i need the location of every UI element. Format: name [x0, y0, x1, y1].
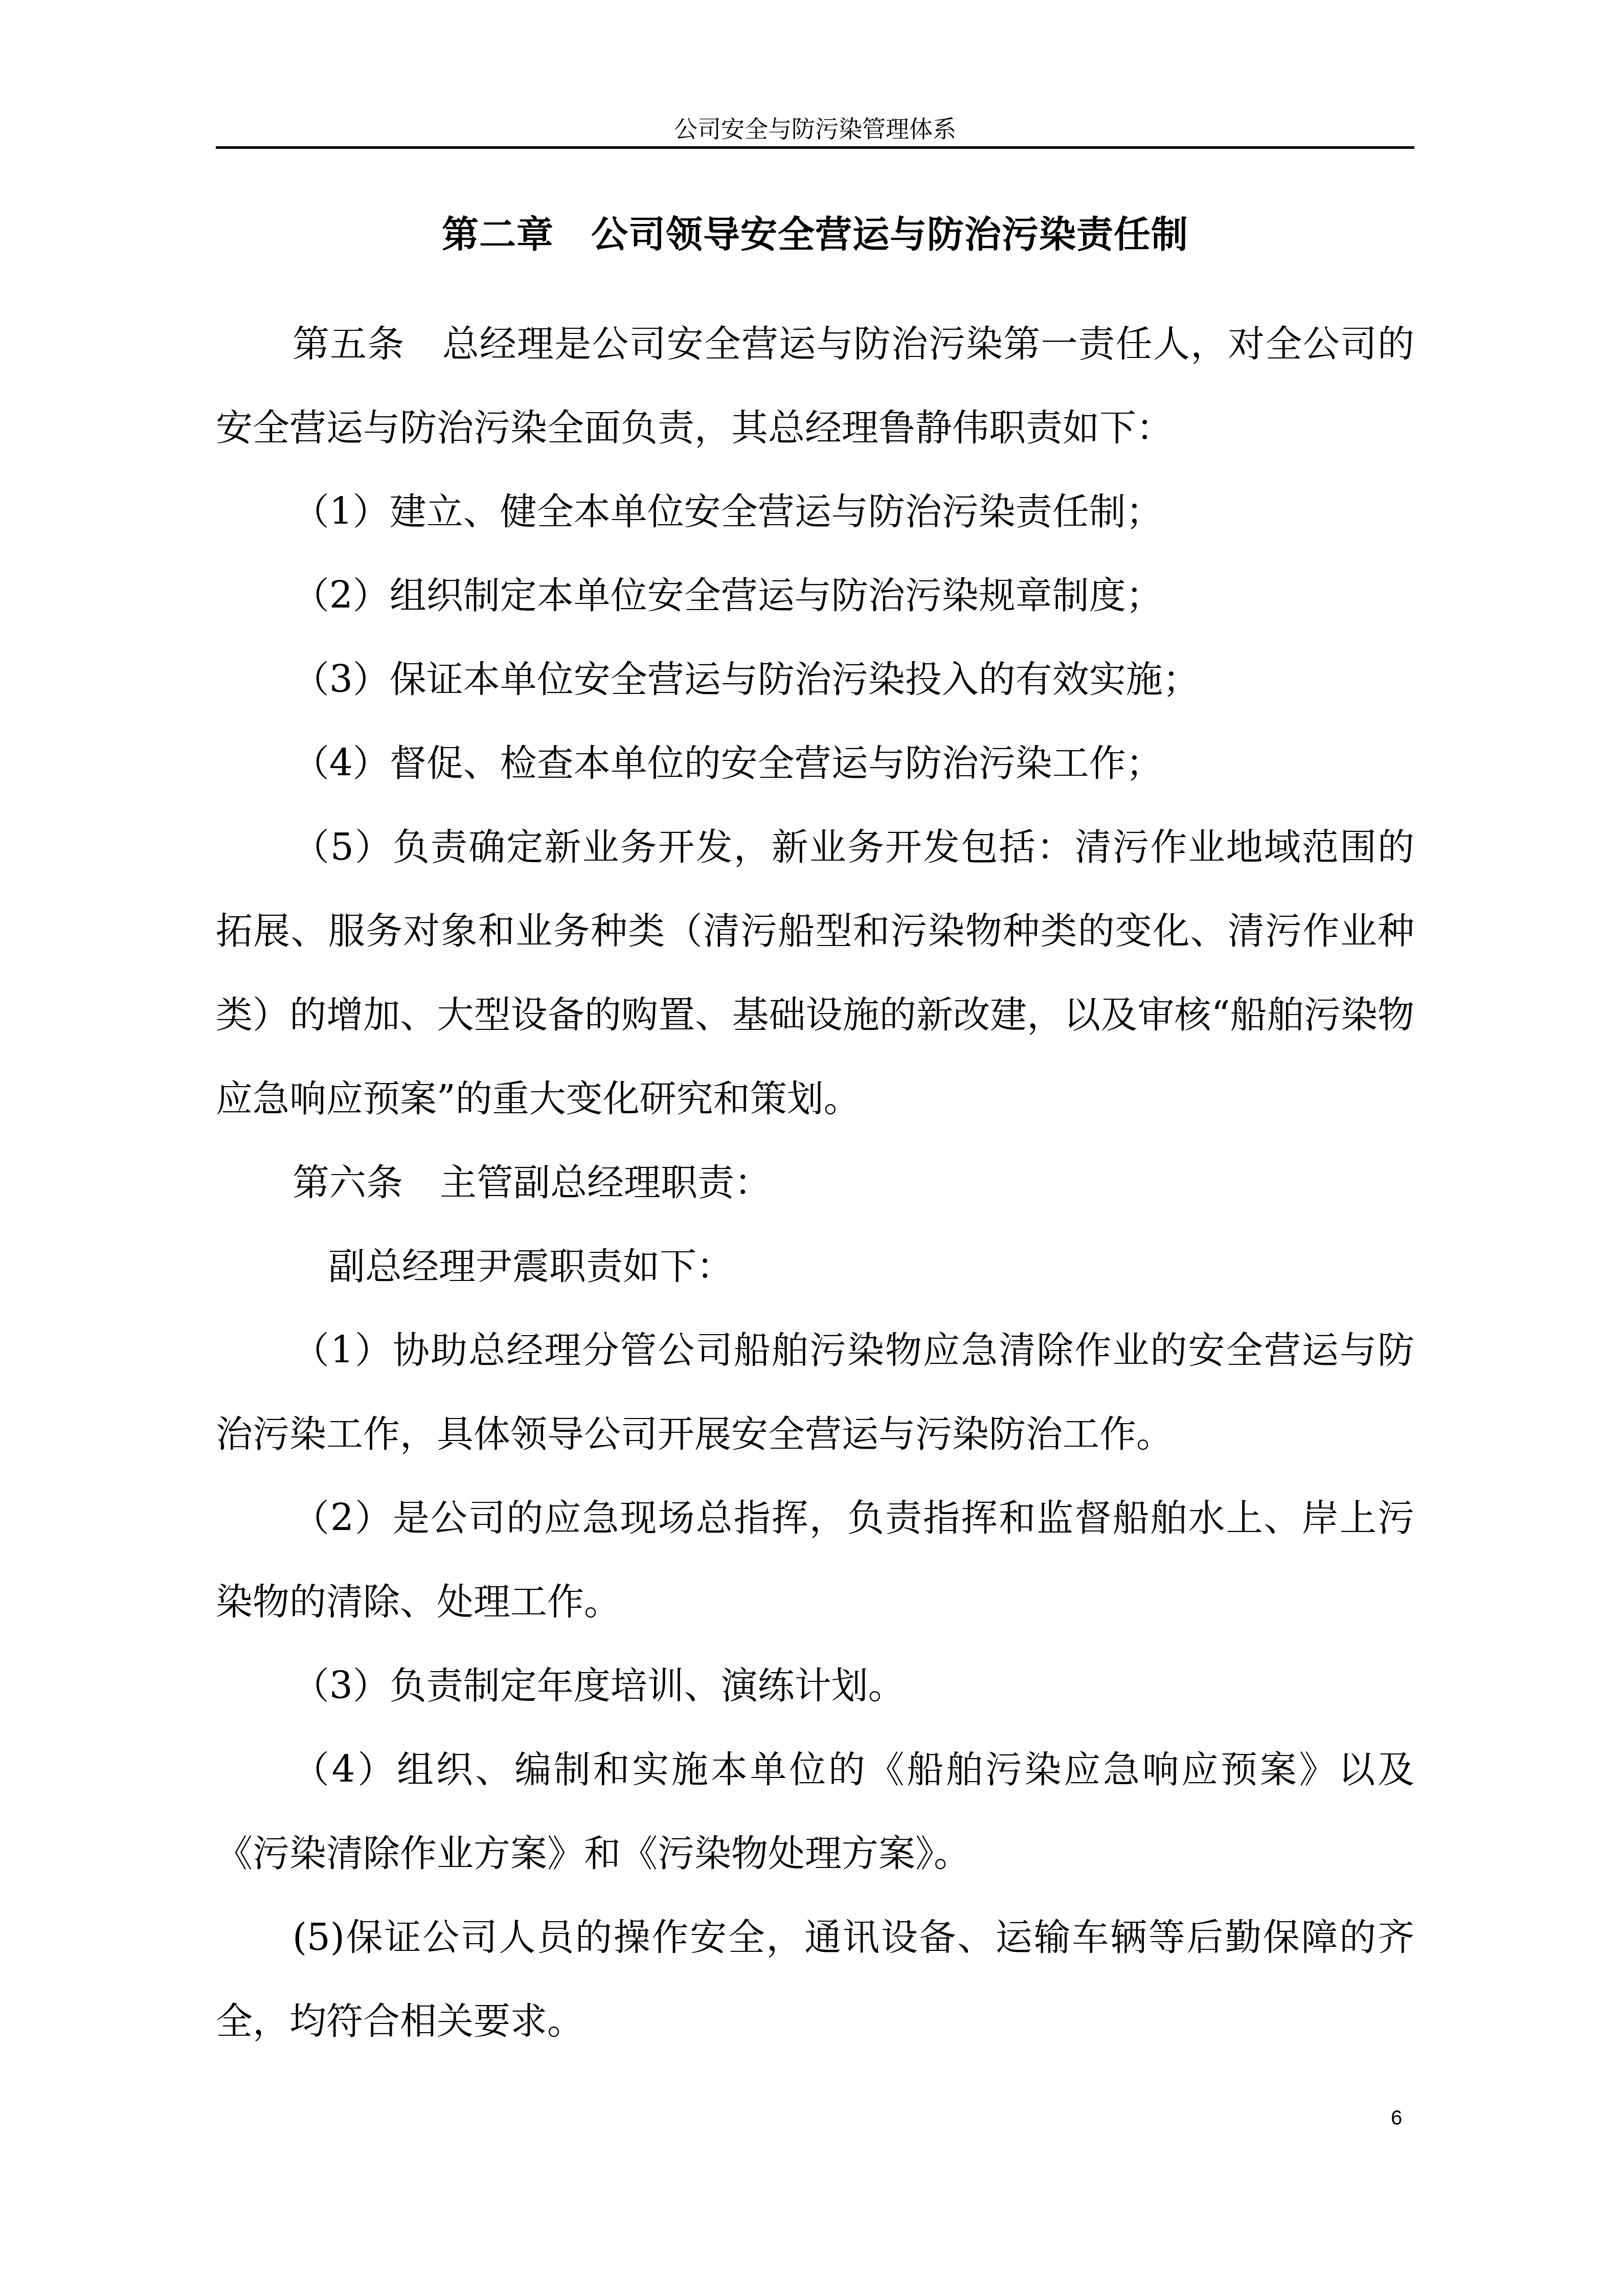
- deputy-duty-2: （2）是公司的应急现场总指挥，负责指挥和监督船舶水上、岸上污染物的清除、处理工作…: [216, 1476, 1414, 1644]
- running-header: 公司安全与防污染管理体系: [216, 114, 1414, 144]
- duty-item-1: （1）建立、健全本单位安全营运与防治污染责任制；: [216, 469, 1414, 553]
- page-number: 6: [1391, 2107, 1402, 2130]
- deputy-duty-4: （4）组织、编制和实施本单位的《船舶污染应急响应预案》以及《污染清除作业方案》和…: [216, 1727, 1414, 1895]
- document-body: 第五条 总经理是公司安全营运与防治污染第一责任人，对全公司的安全营运与防治污染全…: [216, 302, 1414, 2063]
- article-5-paragraph: 第五条 总经理是公司安全营运与防治污染第一责任人，对全公司的安全营运与防治污染全…: [216, 302, 1414, 469]
- duty-item-5: （5）负责确定新业务开发，新业务开发包括：清污作业地域范围的拓展、服务对象和业务…: [216, 805, 1414, 1140]
- duty-item-2: （2）组织制定本单位安全营运与防治污染规章制度；: [216, 553, 1414, 637]
- duty-item-4: （4）督促、检查本单位的安全营运与防治污染工作；: [216, 721, 1414, 805]
- deputy-duty-3: （3）负责制定年度培训、演练计划。: [216, 1644, 1414, 1727]
- duty-item-3: （3）保证本单位安全营运与防治污染投入的有效实施；: [216, 637, 1414, 721]
- deputy-duty-5: (5)保证公司人员的操作安全，通讯设备、运输车辆等后勤保障的齐全，均符合相关要求…: [216, 1895, 1414, 2063]
- article-6-heading: 第六条 主管副总经理职责：: [216, 1140, 1414, 1224]
- chapter-title: 第二章 公司领导安全营运与防治污染责任制: [216, 209, 1414, 260]
- header-divider: [216, 146, 1414, 149]
- deputy-duty-1: （1）协助总经理分管公司船舶污染物应急清除作业的安全营运与防治污染工作，具体领导…: [216, 1308, 1414, 1476]
- deputy-intro: 副总经理尹震职责如下：: [216, 1224, 1414, 1308]
